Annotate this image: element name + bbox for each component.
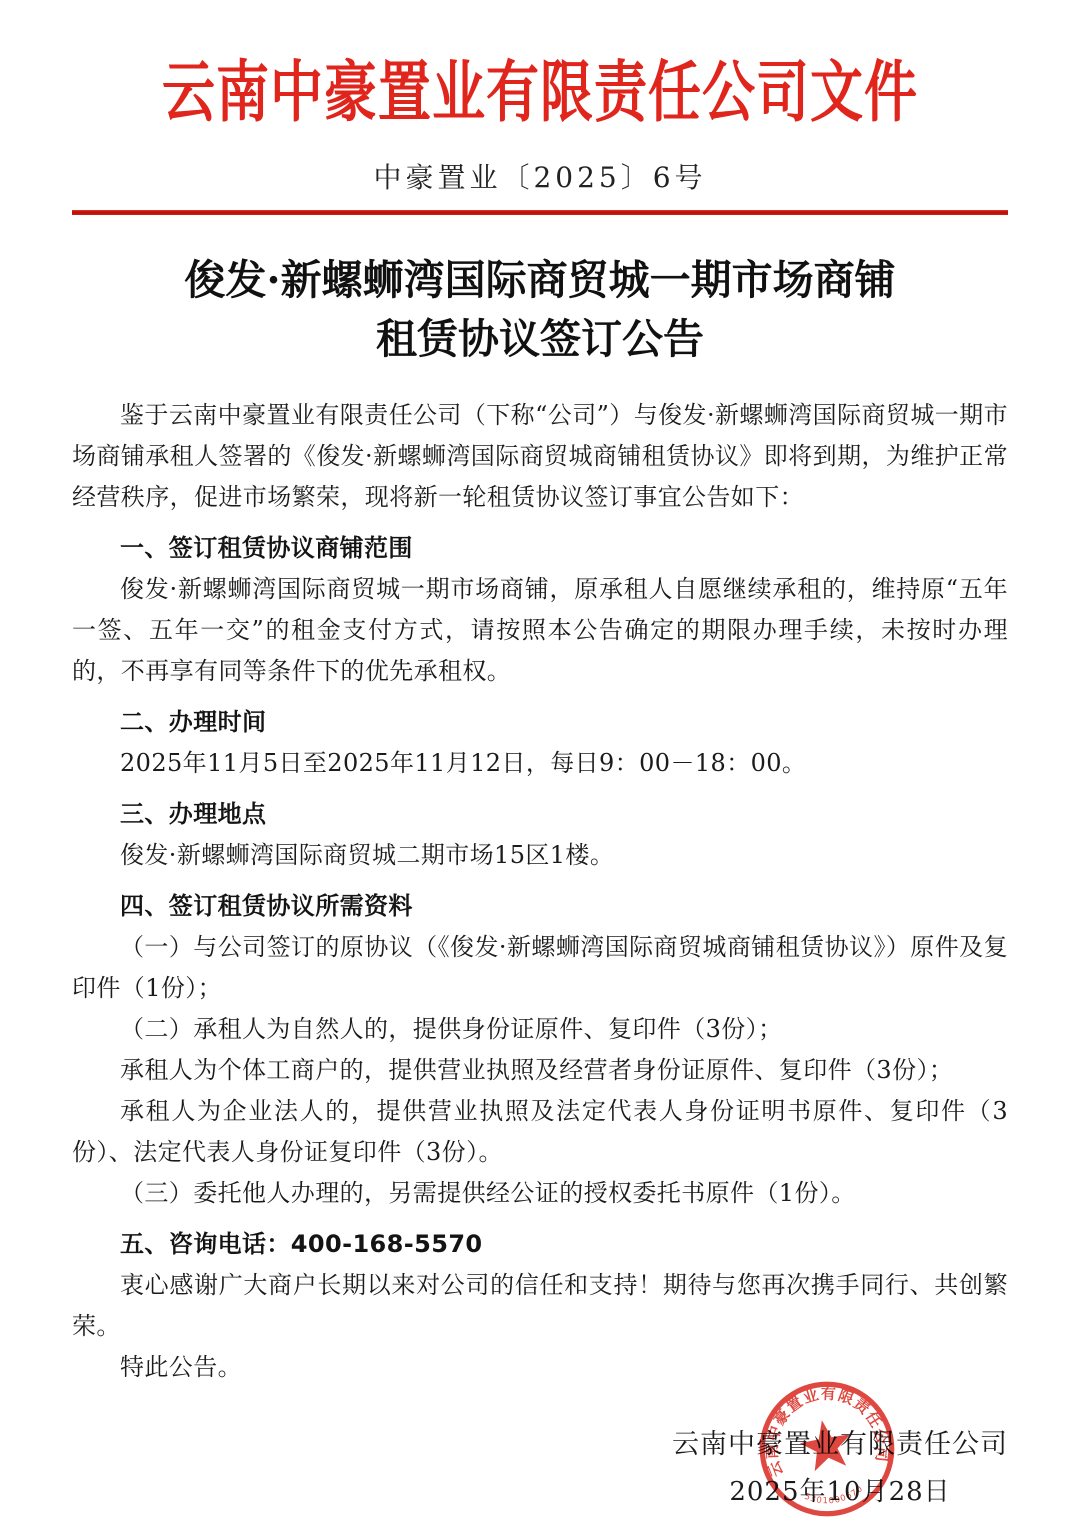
section-3-heading: 三、办理地点 bbox=[72, 794, 1008, 835]
document-title: 俊发·新螺蛳湾国际商贸城一期市场商铺 租赁协议签订公告 bbox=[72, 251, 1008, 369]
section-1-paragraph: 俊发·新螺蛳湾国际商贸城一期市场商铺，原承租人自愿继续承租的，维持原“五年一签、… bbox=[72, 569, 1008, 692]
document-page: 云南中豪置业有限责任公司文件 中豪置业〔2025〕6号 俊发·新螺蛳湾国际商贸城… bbox=[0, 0, 1080, 1508]
section-5-heading: 五、咨询电话：400-168-5570 bbox=[72, 1224, 1008, 1265]
document-title-line1: 俊发·新螺蛳湾国际商贸城一期市场商铺 bbox=[72, 251, 1008, 310]
section-2-paragraph: 2025年11月5日至2025年11月12日，每日9：00－18：00。 bbox=[72, 743, 1008, 784]
signature-company-name: 云南中豪置业有限责任公司 bbox=[672, 1428, 1008, 1462]
red-divider-rule bbox=[72, 210, 1008, 215]
closing-statement: 特此公告。 bbox=[72, 1347, 1008, 1388]
section-4-item-2: （二）承租人为自然人的，提供身份证原件、复印件（3份）； bbox=[72, 1009, 1008, 1050]
document-title-line2: 租赁协议签订公告 bbox=[72, 310, 1008, 369]
section-4-heading: 四、签订租赁协议所需资料 bbox=[72, 886, 1008, 927]
letterhead-title: 云南中豪置业有限责任公司文件 bbox=[72, 46, 1008, 139]
document-body: 鉴于云南中豪置业有限责任公司（下称“公司”）与俊发·新螺蛳湾国际商贸城一期市场商… bbox=[72, 395, 1008, 1388]
section-3-paragraph: 俊发·新螺蛳湾国际商贸城二期市场15区1楼。 bbox=[72, 835, 1008, 876]
section-4-item-1: （一）与公司签订的原协议（《俊发·新螺蛳湾国际商贸城商铺租赁协议》）原件及复印件… bbox=[72, 927, 1008, 1009]
section-4-item-2c: 承租人为企业法人的，提供营业执照及法定代表人身份证明书原件、复印件（3份）、法定… bbox=[72, 1091, 1008, 1173]
signature-block: 云南中豪置业有限责任公司 2025年10月28日 bbox=[72, 1428, 1008, 1508]
document-number: 中豪置业〔2025〕6号 bbox=[72, 162, 1008, 194]
section-4-item-2b: 承租人为个体工商户的，提供营业执照及经营者身份证原件、复印件（3份）； bbox=[72, 1050, 1008, 1091]
signature-inner: 云南中豪置业有限责任公司 2025年10月28日 bbox=[672, 1428, 1008, 1508]
closing-paragraph: 衷心感谢广大商户长期以来对公司的信任和支持！期待与您再次携手同行、共创繁荣。 bbox=[72, 1265, 1008, 1347]
signature-date: 2025年10月28日 bbox=[672, 1476, 1008, 1508]
section-4-item-3: （三）委托他人办理的，另需提供经公证的授权委托书原件（1份）。 bbox=[72, 1173, 1008, 1214]
intro-paragraph: 鉴于云南中豪置业有限责任公司（下称“公司”）与俊发·新螺蛳湾国际商贸城一期市场商… bbox=[72, 395, 1008, 518]
section-2-heading: 二、办理时间 bbox=[72, 702, 1008, 743]
section-1-heading: 一、签订租赁协议商铺范围 bbox=[72, 528, 1008, 569]
